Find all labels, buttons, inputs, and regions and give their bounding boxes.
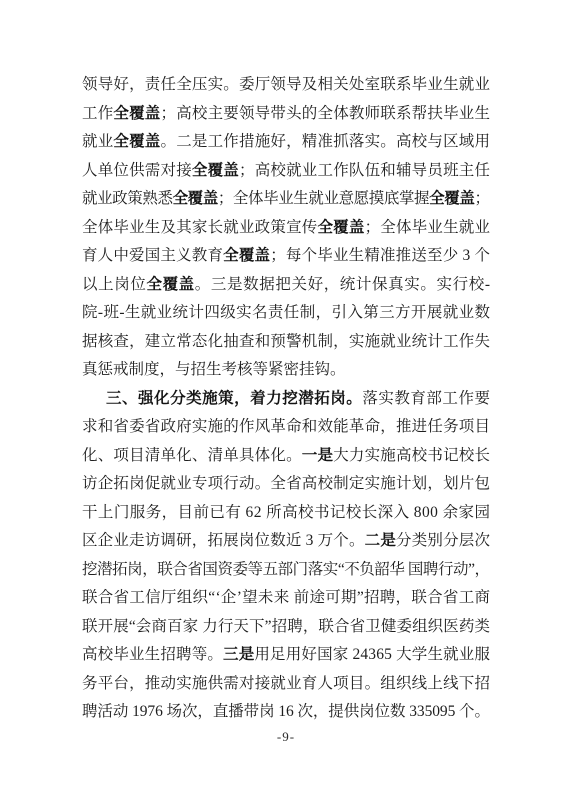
text-segment-bold: 三、强化分类施策，着力挖潜拓岗。 bbox=[106, 390, 362, 407]
text-segment-bold: 全覆盖 bbox=[146, 276, 194, 293]
text-line: 联开展“会商百家 力行天下”招聘，联合省卫健委组织医药类 bbox=[82, 613, 490, 642]
text-segment: ；高校主要领导带头的全体教师联系帮扶毕业生 bbox=[161, 105, 491, 122]
document-body: 领导好，责任全压实。委厅领导及相关处室联系毕业生就业工作全覆盖；高校主要领导带头… bbox=[82, 71, 490, 727]
text-segment-bold: 全覆盖 bbox=[173, 190, 218, 207]
text-line: 干上门服务，目前已有 62 所高校书记校长深入 800 余家园 bbox=[82, 499, 490, 528]
text-line-content: 干上门服务，目前已有 62 所高校书记校长深入 800 余家园 bbox=[82, 504, 490, 521]
text-line-content: 聘活动 1976 场次，直播带岗 16 次，提供岗位数 335095 个。 bbox=[82, 703, 490, 720]
text-line-content: 三、强化分类施策，着力挖潜拓岗。落实教育部工作要 bbox=[106, 390, 491, 407]
text-segment: 院-班-生就业统计四级实名责任制，引入第三方开展就业数 bbox=[82, 304, 490, 321]
text-segment: 化、项目清单化、清单具体化。 bbox=[82, 447, 302, 464]
text-line-content: 高校毕业生招聘等。三是用足用好国家 24365 大学生就业服 bbox=[82, 646, 490, 663]
text-line-content: 访企拓岗促就业专项行动。全省高校制定实施计划，划片包 bbox=[82, 475, 490, 492]
text-line: 就业全覆盖。二是工作措施好，精准抓落实。高校与区域用 bbox=[82, 128, 490, 157]
text-segment: 领导好，责任全压实。委厅领导及相关处室联系毕业生就业 bbox=[82, 76, 490, 93]
page-number: -9- bbox=[82, 729, 490, 745]
text-line-content: 挖潜拓岗，联合省国资委等五部门落实“不负韶华 国聘行动”， bbox=[82, 561, 490, 578]
text-segment: ；全体毕业生就业 bbox=[365, 219, 491, 236]
text-segment: 用足用好国家 24365 大学生就业服 bbox=[254, 646, 490, 663]
text-segment: ；全体毕业生就业意愿摸底掌握 bbox=[218, 190, 429, 207]
text-segment: 干上门服务，目前已有 62 所高校书记校长深入 800 余家园 bbox=[82, 504, 490, 521]
text-line: 全体毕业生及其家长就业政策宣传全覆盖；全体毕业生就业 bbox=[82, 214, 490, 243]
text-line-content: 就业全覆盖。二是工作措施好，精准抓落实。高校与区域用 bbox=[82, 133, 490, 150]
text-line: 据核查，建立常态化抽查和预警机制，实施就业统计工作失 bbox=[82, 328, 490, 357]
text-segment: ；每个毕业生精准推送至少 3 个 bbox=[270, 247, 490, 264]
document-page: 领导好，责任全压实。委厅领导及相关处室联系毕业生就业工作全覆盖；高校主要领导带头… bbox=[0, 0, 566, 800]
text-line-content: 真惩戒制度，与招生考核等紧密挂钩。 bbox=[82, 361, 346, 378]
text-segment: 据核查，建立常态化抽查和预警机制，实施就业统计工作失 bbox=[82, 333, 490, 350]
text-segment: 全体毕业生及其家长就业政策宣传 bbox=[82, 219, 317, 236]
text-line-content: 联开展“会商百家 力行天下”招聘，联合省卫健委组织医药类 bbox=[82, 618, 490, 635]
text-segment: 就业 bbox=[82, 133, 113, 150]
text-line: 院-班-生就业统计四级实名责任制，引入第三方开展就业数 bbox=[82, 299, 490, 328]
text-line-content: 人单位供需对接全覆盖；高校就业工作队伍和辅导员班主任 bbox=[82, 162, 490, 179]
text-line: 务平台，推动实施供需对接就业育人项目。组织线上线下招 bbox=[82, 670, 490, 699]
text-segment: 。二是工作措施好，精准抓落实。高校与区域用 bbox=[161, 133, 491, 150]
text-segment: 育人中爱国主义教育 bbox=[82, 247, 223, 264]
text-segment: 分类别分层次 bbox=[396, 532, 490, 549]
text-segment: 以上岗位 bbox=[82, 276, 146, 293]
text-segment-bold: 全覆盖 bbox=[317, 219, 364, 236]
text-line-content: 求和省委省政府实施的作风革命和效能革命，推进任务项目 bbox=[82, 418, 490, 435]
text-line: 领导好，责任全压实。委厅领导及相关处室联系毕业生就业 bbox=[82, 71, 490, 100]
text-segment-bold: 一是 bbox=[302, 447, 333, 464]
text-segment-bold: 二是 bbox=[365, 532, 396, 549]
text-line-content: 全体毕业生及其家长就业政策宣传全覆盖；全体毕业生就业 bbox=[82, 219, 490, 236]
text-segment-bold: 全覆盖 bbox=[113, 133, 160, 150]
text-segment: 挖潜拓岗，联合省国资委等五部门落实“不负韶华 国聘行动”， bbox=[82, 561, 490, 578]
text-segment-bold: 全覆盖 bbox=[192, 162, 239, 179]
text-segment: 聘活动 1976 场次，直播带岗 16 次，提供岗位数 335095 个。 bbox=[82, 703, 490, 720]
text-segment: 。三是数据把关好，统计保真实。实行校- bbox=[195, 276, 491, 293]
text-line: 以上岗位全覆盖。三是数据把关好，统计保真实。实行校- bbox=[82, 271, 490, 300]
text-segment: 人单位供需对接 bbox=[82, 162, 192, 179]
text-line-content: 院-班-生就业统计四级实名责任制，引入第三方开展就业数 bbox=[82, 304, 490, 321]
text-line: 联合省工信厅组织“‘企’望未来 前途可期”招聘，联合省工商 bbox=[82, 584, 490, 613]
text-line-content: 就业政策熟悉全覆盖；全体毕业生就业意愿摸底掌握全覆盖； bbox=[82, 190, 490, 207]
text-line: 育人中爱国主义教育全覆盖；每个毕业生精准推送至少 3 个 bbox=[82, 242, 490, 271]
text-line-content: 以上岗位全覆盖。三是数据把关好，统计保真实。实行校- bbox=[82, 276, 491, 293]
text-line-content: 区企业走访调研，拓展岗位数近 3 万个。二是分类别分层次 bbox=[82, 532, 490, 549]
text-line: 三、强化分类施策，着力挖潜拓岗。落实教育部工作要 bbox=[82, 385, 490, 414]
text-line-content: 据核查，建立常态化抽查和预警机制，实施就业统计工作失 bbox=[82, 333, 490, 350]
text-segment: 高校毕业生招聘等。 bbox=[82, 646, 223, 663]
text-segment: 工作 bbox=[82, 105, 113, 122]
text-segment: 务平台，推动实施供需对接就业育人项目。组织线上线下招 bbox=[82, 675, 490, 692]
text-line: 化、项目清单化、清单具体化。一是大力实施高校书记校长 bbox=[82, 442, 490, 471]
text-segment: 大力实施高校书记校长 bbox=[333, 447, 490, 464]
text-line-content: 务平台，推动实施供需对接就业育人项目。组织线上线下招 bbox=[82, 675, 490, 692]
text-segment: 就业政策熟悉 bbox=[82, 190, 173, 207]
text-line-content: 育人中爱国主义教育全覆盖；每个毕业生精准推送至少 3 个 bbox=[82, 247, 490, 264]
text-line-content: 工作全覆盖；高校主要领导带头的全体教师联系帮扶毕业生 bbox=[82, 105, 490, 122]
text-segment-bold: 三是 bbox=[223, 646, 254, 663]
text-segment-bold: 全覆盖 bbox=[223, 247, 270, 264]
text-line-content: 领导好，责任全压实。委厅领导及相关处室联系毕业生就业 bbox=[82, 76, 490, 93]
text-line: 访企拓岗促就业专项行动。全省高校制定实施计划，划片包 bbox=[82, 470, 490, 499]
text-line: 区企业走访调研，拓展岗位数近 3 万个。二是分类别分层次 bbox=[82, 527, 490, 556]
text-line-content: 联合省工信厅组织“‘企’望未来 前途可期”招聘，联合省工商 bbox=[82, 589, 490, 606]
text-line: 聘活动 1976 场次，直播带岗 16 次，提供岗位数 335095 个。 bbox=[82, 698, 490, 727]
text-line: 工作全覆盖；高校主要领导带头的全体教师联系帮扶毕业生 bbox=[82, 100, 490, 129]
text-segment: 真惩戒制度，与招生考核等紧密挂钩。 bbox=[82, 361, 346, 378]
text-segment-bold: 全覆盖 bbox=[429, 190, 474, 207]
text-line: 真惩戒制度，与招生考核等紧密挂钩。 bbox=[82, 356, 490, 385]
text-line-content: 化、项目清单化、清单具体化。一是大力实施高校书记校长 bbox=[82, 447, 490, 464]
text-segment: 联合省工信厅组织“‘企’望未来 前途可期”招聘，联合省工商 bbox=[82, 589, 490, 606]
text-line: 求和省委省政府实施的作风革命和效能革命，推进任务项目 bbox=[82, 413, 490, 442]
text-segment: ； bbox=[474, 190, 489, 207]
text-segment: ；高校就业工作队伍和辅导员班主任 bbox=[239, 162, 490, 179]
text-segment-bold: 全覆盖 bbox=[113, 105, 160, 122]
text-segment: 落实教育部工作要 bbox=[362, 390, 490, 407]
text-line: 人单位供需对接全覆盖；高校就业工作队伍和辅导员班主任 bbox=[82, 157, 490, 186]
text-line: 高校毕业生招聘等。三是用足用好国家 24365 大学生就业服 bbox=[82, 641, 490, 670]
text-line: 挖潜拓岗，联合省国资委等五部门落实“不负韶华 国聘行动”， bbox=[82, 556, 490, 585]
text-segment: 区企业走访调研，拓展岗位数近 3 万个。 bbox=[82, 532, 365, 549]
text-line: 就业政策熟悉全覆盖；全体毕业生就业意愿摸底掌握全覆盖； bbox=[82, 185, 490, 214]
text-segment: 求和省委省政府实施的作风革命和效能革命，推进任务项目 bbox=[82, 418, 490, 435]
text-segment: 联开展“会商百家 力行天下”招聘，联合省卫健委组织医药类 bbox=[82, 618, 490, 635]
text-segment: 访企拓岗促就业专项行动。全省高校制定实施计划，划片包 bbox=[82, 475, 490, 492]
